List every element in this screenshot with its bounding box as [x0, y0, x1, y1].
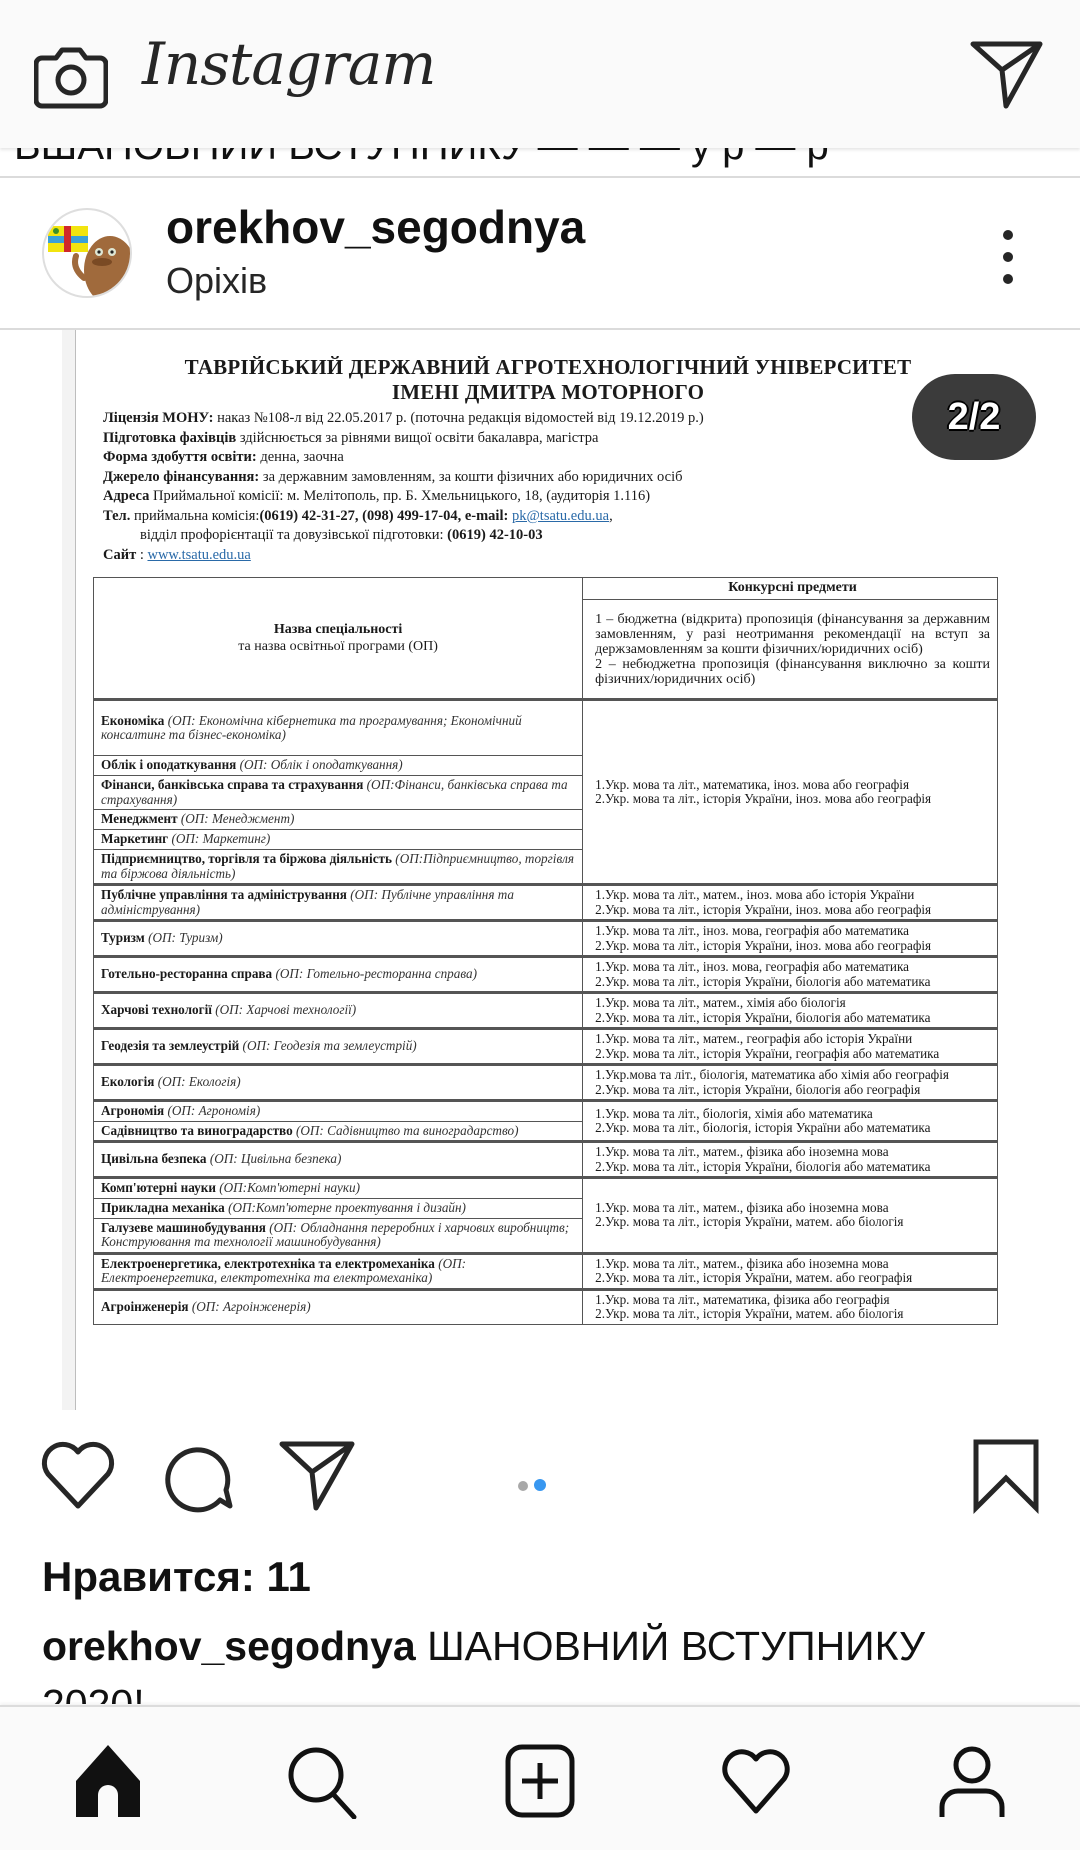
post-username[interactable]: orekhov_segodnya	[166, 200, 585, 254]
specialty-cell: Садівництво та виноградарство (ОП: Садів…	[94, 1121, 583, 1142]
subjects-cell: 1.Укр.мова та літ., біологія, математика…	[583, 1065, 998, 1101]
info-line: Форма здобуття освіти: денна, заочна	[103, 448, 1018, 468]
specialty-cell: Агроінженерія (ОП: Агроінженерія)	[94, 1289, 583, 1324]
subjects-cell: 1.Укр. мова та літ., матем., іноз. мова …	[583, 885, 998, 921]
specialty-cell: Геодезія та землеустрій (ОП: Геодезія та…	[94, 1029, 583, 1065]
carousel-counter: 2/2	[912, 374, 1036, 460]
table-header-specialty: Назва спеціальності та назва освітньої п…	[94, 578, 583, 700]
carousel-dot-2	[534, 1479, 546, 1491]
camera-icon[interactable]	[34, 40, 108, 110]
subjects-cell: 1.Укр. мова та літ., іноз. мова, географ…	[583, 921, 998, 957]
table-row: Харчові технології (ОП: Харчові технолог…	[94, 993, 998, 1029]
specialty-cell: Менеджмент (ОП: Менеджмент)	[94, 810, 583, 830]
table-row: Агроінженерія (ОП: Агроінженерія)1.Укр. …	[94, 1289, 998, 1324]
subjects-cell: 1.Укр. мова та літ., матем., географія а…	[583, 1029, 998, 1065]
specialty-cell: Цивільна безпека (ОП: Цивільна безпека)	[94, 1142, 583, 1178]
home-icon[interactable]	[70, 1743, 146, 1819]
likes-count[interactable]: Нравится: 11	[42, 1553, 311, 1601]
paper-plane-icon[interactable]	[278, 1436, 358, 1516]
subjects-cell: 1.Укр. мова та літ., матем., хімія або б…	[583, 993, 998, 1029]
heart-icon[interactable]	[38, 1436, 118, 1516]
info-line: Підготовка фахівців здійснюється за рівн…	[103, 429, 1018, 449]
instagram-logo: Instagram	[142, 30, 435, 98]
specialty-cell: Фінанси, банківська справа та страхуванн…	[94, 776, 583, 810]
specialty-cell: Підприємництво, торгівля та біржова діял…	[94, 850, 583, 885]
post-caption-line2: 2020!	[42, 1680, 145, 1704]
specialty-cell: Екологія (ОП: Екологія)	[94, 1065, 583, 1101]
email-link[interactable]: pk@tsatu.edu.ua	[512, 508, 609, 524]
table-row: Геодезія та землеустрій (ОП: Геодезія та…	[94, 1029, 998, 1065]
paper-plane-icon[interactable]	[970, 40, 1044, 110]
document-info: Ліцензія МОНУ: наказ №108-л від 22.05.20…	[103, 409, 1018, 565]
avatar-walnut-icon	[44, 210, 132, 298]
post-caption: orekhov_segodnya ШАНОВНИЙ ВСТУПНИКУ	[42, 1622, 925, 1670]
table-row: Готельно-ресторанна справа (ОП: Готельно…	[94, 957, 998, 993]
info-line: Джерело фінансування: за державним замов…	[103, 468, 1018, 488]
subjects-cell: 1.Укр. мова та літ., математика, іноз. м…	[583, 700, 998, 885]
subjects-cell: 1.Укр. мова та літ., біологія, хімія або…	[583, 1101, 998, 1142]
specialty-cell: Маркетинг (ОП: Маркетинг)	[94, 830, 583, 850]
comment-icon[interactable]	[158, 1436, 238, 1516]
document-title: ТАВРІЙСЬКИЙ ДЕРЖАВНИЙ АГРОТЕХНОЛОГІЧНИЙ …	[78, 355, 1018, 405]
specialty-cell: Готельно-ресторанна справа (ОП: Готельно…	[94, 957, 583, 993]
table-row: Економіка (ОП: Економічна кібернетика та…	[94, 700, 998, 756]
specialty-cell: Комп'ютерні науки (ОП:Комп'ютерні науки)	[94, 1178, 583, 1199]
specialty-cell: Облік і оподаткування (ОП: Облік і опода…	[94, 756, 583, 776]
subjects-cell: 1.Укр. мова та літ., матем., фізика або …	[583, 1253, 998, 1289]
post-location[interactable]: Оріхів	[166, 260, 267, 302]
table-row: Комп'ютерні науки (ОП:Комп'ютерні науки)…	[94, 1178, 998, 1199]
post-actions	[0, 1410, 1080, 1560]
specialty-cell: Галузеве машинобудування (ОП: Обладнання…	[94, 1218, 583, 1253]
previous-caption-clipped: ВШАНОВНИЙ ВСТУПНИКУ — — — у р — р	[0, 148, 1080, 170]
subjects-cell: 1.Укр. мова та літ., математика, фізика …	[583, 1289, 998, 1324]
specialty-cell: Публічне управління та адміністрування (…	[94, 885, 583, 921]
site-line: Сайт : www.tsatu.edu.ua	[103, 546, 1018, 566]
table-row: Туризм (ОП: Туризм)1.Укр. мова та літ., …	[94, 921, 998, 957]
specialty-cell: Прикладна механіка (ОП:Комп'ютерне проек…	[94, 1198, 583, 1218]
phone-line: Тел. приймальна комісія:(0619) 42-31-27,…	[103, 507, 1018, 527]
carousel-indicator	[518, 1478, 552, 1496]
heart-icon[interactable]	[718, 1743, 794, 1819]
more-vertical-icon[interactable]	[990, 230, 1026, 286]
plus-square-icon[interactable]	[502, 1743, 578, 1819]
document-page-edge	[62, 330, 76, 1410]
table-row: Публічне управління та адміністрування (…	[94, 885, 998, 921]
table-row: Електроенергетика, електротехніка та еле…	[94, 1253, 998, 1289]
subjects-cell: 1.Укр. мова та літ., матем., фізика або …	[583, 1142, 998, 1178]
post-image[interactable]: ТАВРІЙСЬКИЙ ДЕРЖАВНИЙ АГРОТЕХНОЛОГІЧНИЙ …	[0, 330, 1080, 1410]
search-icon[interactable]	[284, 1743, 360, 1819]
carousel-dot-1	[518, 1481, 528, 1491]
bottom-navigation	[0, 1705, 1080, 1850]
avatar[interactable]	[42, 208, 132, 298]
specialty-cell: Туризм (ОП: Туризм)	[94, 921, 583, 957]
post-header: orekhov_segodnya Оріхів	[0, 178, 1080, 328]
table-header-notes: 1 – бюджетна (відкрита) пропозиція (фіна…	[583, 600, 998, 700]
table-row: Агрономія (ОП: Агрономія)1.Укр. мова та …	[94, 1101, 998, 1122]
table-row: Цивільна безпека (ОП: Цивільна безпека)1…	[94, 1142, 998, 1178]
table-row: Екологія (ОП: Екологія)1.Укр.мова та літ…	[94, 1065, 998, 1101]
subjects-table: Назва спеціальності та назва освітньої п…	[93, 577, 998, 1325]
specialty-cell: Електроенергетика, електротехніка та еле…	[94, 1253, 583, 1289]
subjects-cell: 1.Укр. мова та літ., іноз. мова, географ…	[583, 957, 998, 993]
info-line: Ліцензія МОНУ: наказ №108-л від 22.05.20…	[103, 409, 1018, 429]
admission-document: ТАВРІЙСЬКИЙ ДЕРЖАВНИЙ АГРОТЕХНОЛОГІЧНИЙ …	[78, 330, 1018, 1410]
phone-line-2: відділ профорієнтації та довузівської пі…	[103, 526, 1018, 546]
specialty-cell: Харчові технології (ОП: Харчові технолог…	[94, 993, 583, 1029]
bookmark-icon[interactable]	[966, 1436, 1046, 1516]
table-header-subjects: Конкурсні предмети	[583, 578, 998, 600]
specialty-cell: Економіка (ОП: Економічна кібернетика та…	[94, 700, 583, 756]
subjects-cell: 1.Укр. мова та літ., матем., фізика або …	[583, 1178, 998, 1254]
site-link[interactable]: www.tsatu.edu.ua	[147, 547, 250, 563]
info-line: Адреса Приймальної комісії: м. Мелітопол…	[103, 487, 1018, 507]
caption-username[interactable]: orekhov_segodnya	[42, 1623, 416, 1669]
top-app-bar: Instagram	[0, 0, 1080, 148]
specialty-cell: Агрономія (ОП: Агрономія)	[94, 1101, 583, 1122]
profile-icon[interactable]	[934, 1743, 1010, 1819]
